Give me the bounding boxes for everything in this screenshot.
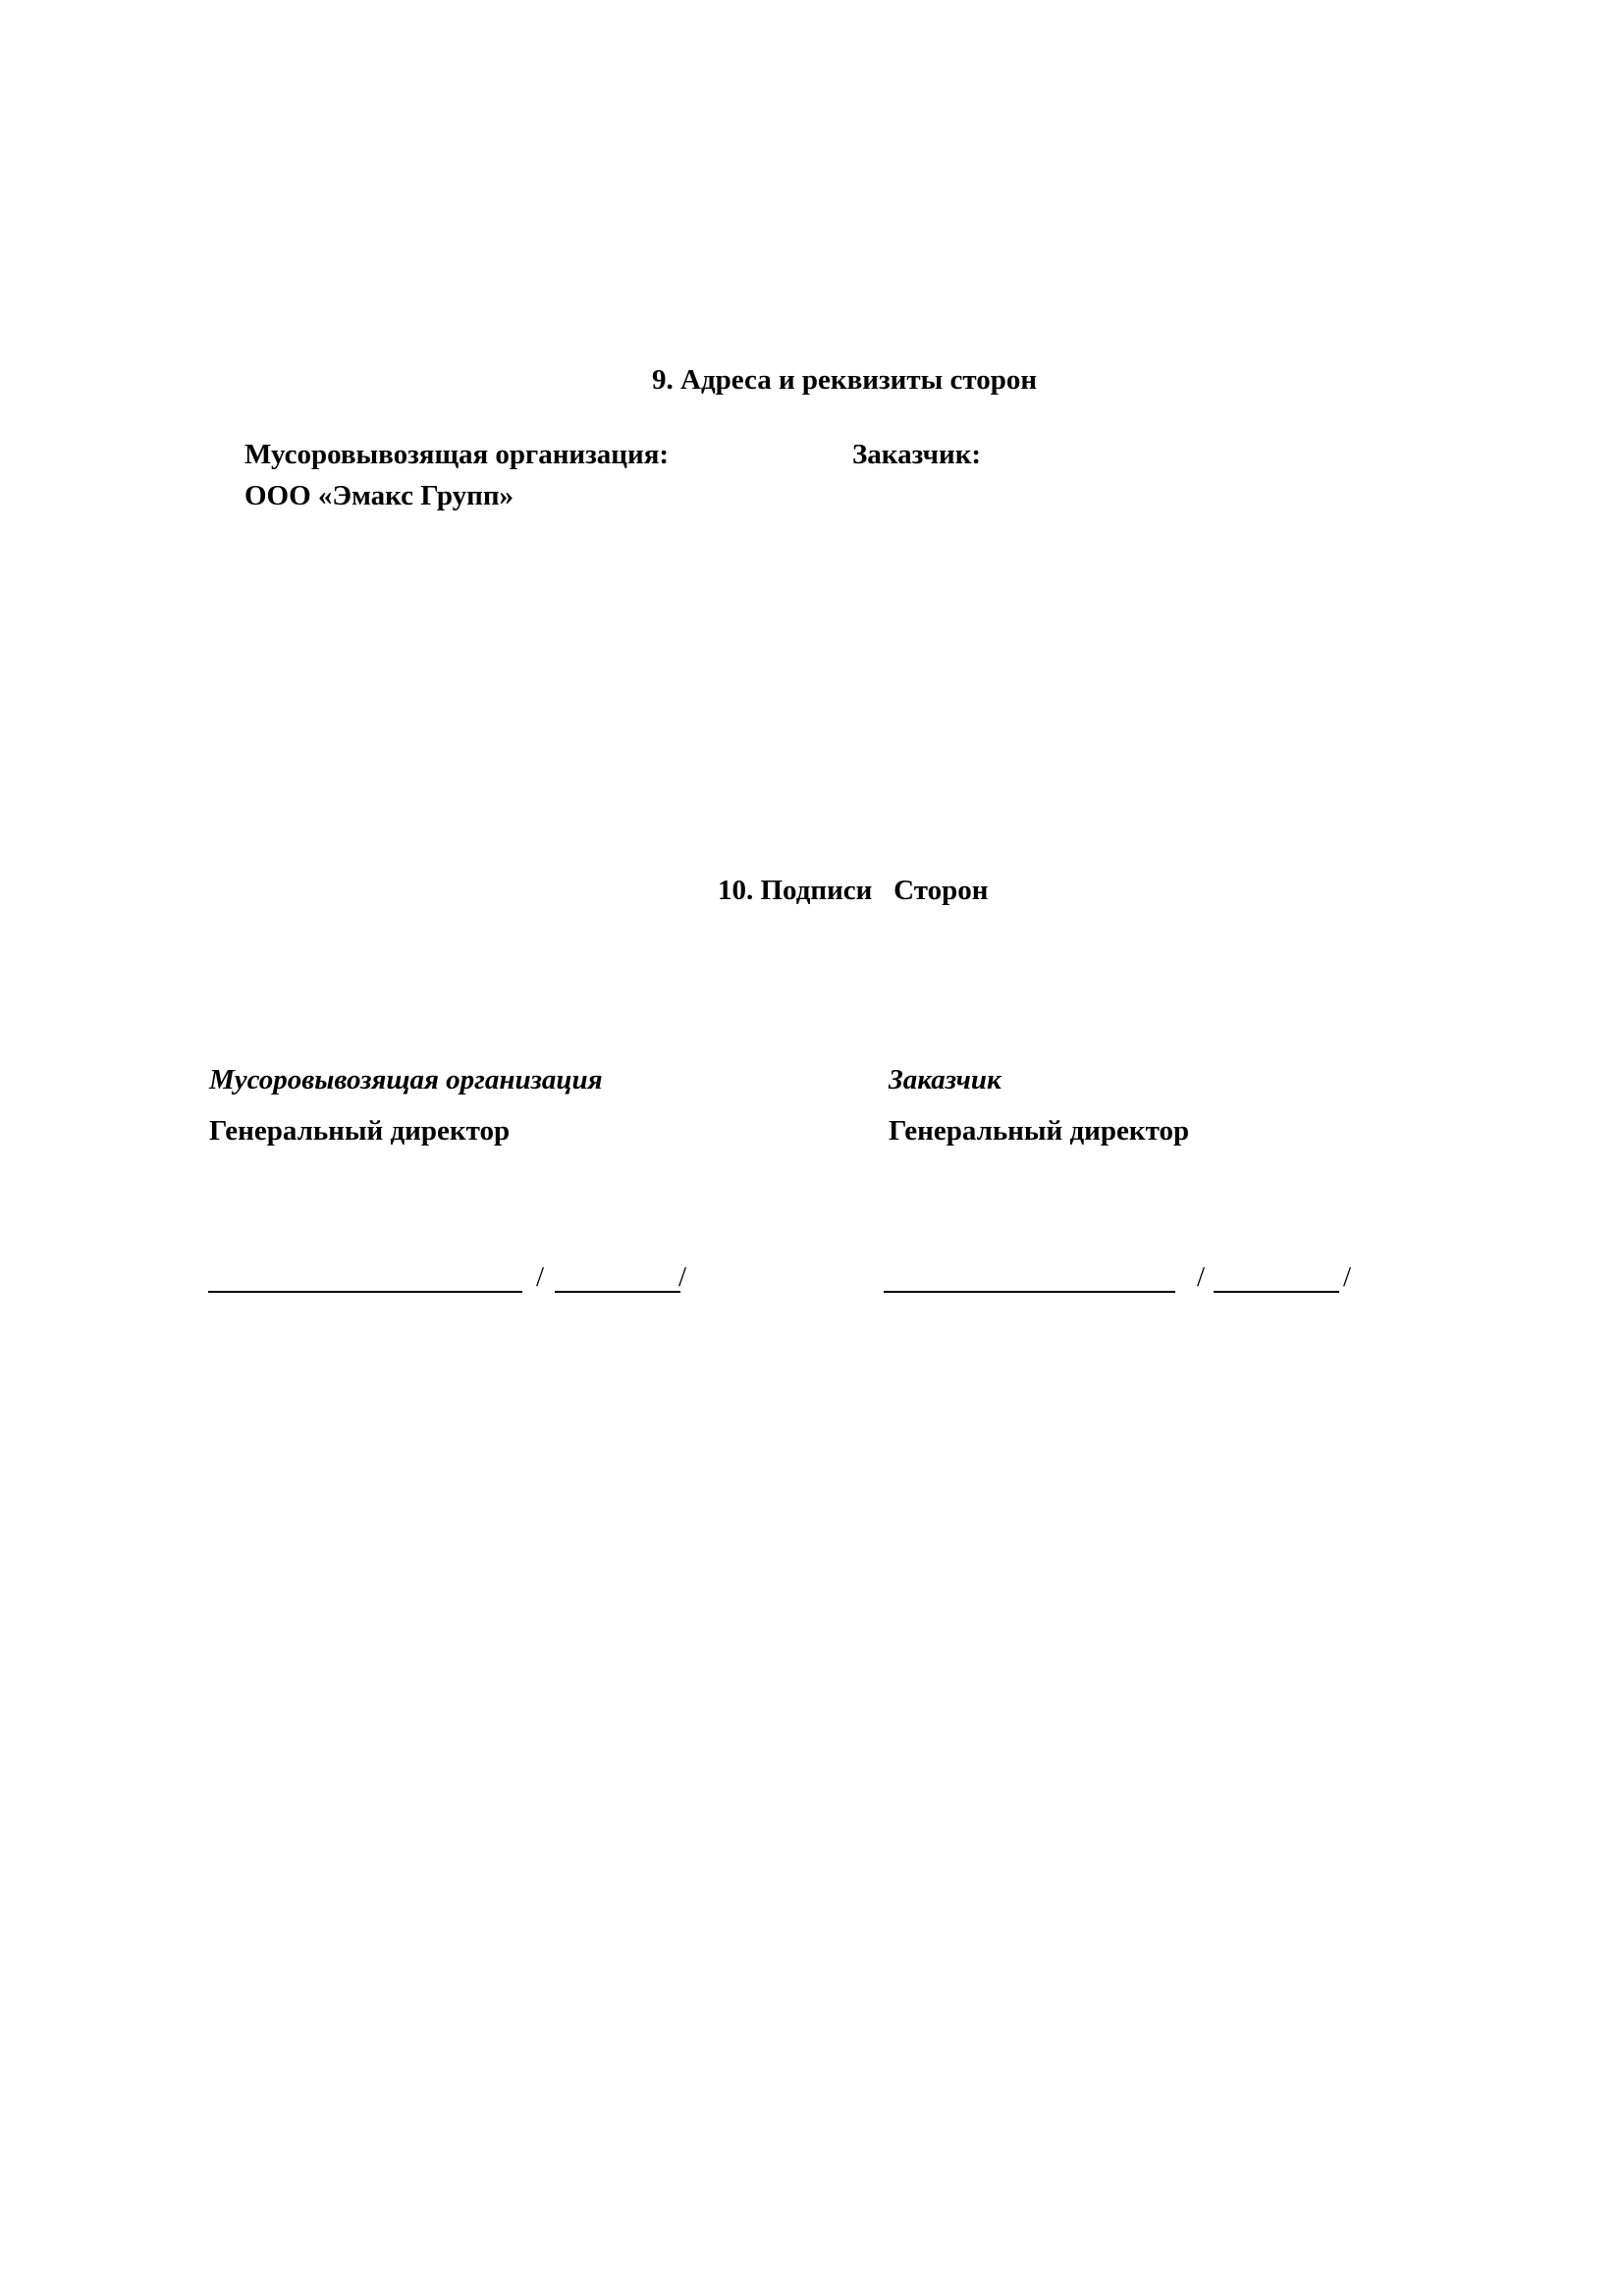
left-name-line (555, 1291, 680, 1293)
contractor-label: Мусоровывозящая организация: (244, 441, 669, 469)
right-position-label: Генеральный директор (889, 1117, 1189, 1146)
contractor-name: ООО «Эмакс Групп» (244, 482, 514, 510)
left-party-label: Мусоровывозящая организация (209, 1066, 603, 1095)
section-9-heading: 9. Адреса и реквизиты сторон (652, 366, 1037, 395)
right-signature-line (884, 1291, 1175, 1293)
left-position-label: Генеральный директор (209, 1117, 510, 1146)
left-slash-2: / (678, 1263, 686, 1292)
right-name-line (1214, 1291, 1339, 1293)
right-slash-2: / (1343, 1263, 1351, 1292)
customer-label: Заказчик: (852, 441, 981, 469)
left-signature-line (208, 1291, 522, 1293)
right-slash-1: / (1197, 1263, 1205, 1292)
section-10-heading: 10. Подписи Сторон (718, 877, 988, 905)
right-party-label: Заказчик (889, 1066, 1001, 1095)
left-slash-1: / (536, 1263, 544, 1292)
